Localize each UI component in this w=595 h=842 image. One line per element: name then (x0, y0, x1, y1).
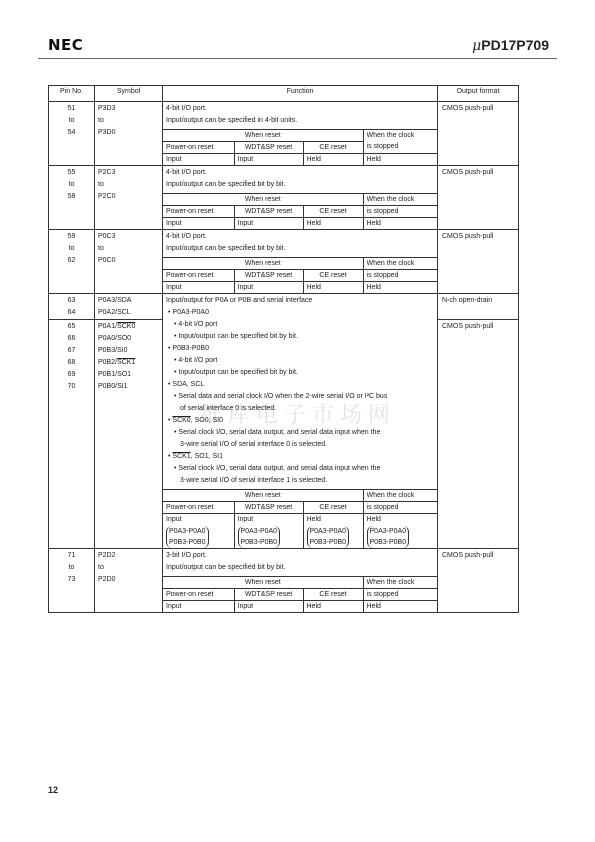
table-row: 6364 P0A3/SDAP0A2/SCL Input/output for P… (49, 294, 519, 320)
col-pin-no: Pin No. (49, 86, 95, 102)
pin-cell: 55to58 (49, 166, 95, 230)
page-number: 12 (48, 785, 58, 795)
output-format-cell: CMOS push-pull (438, 102, 519, 166)
pin-cell: 51to54 (49, 102, 95, 166)
output-format-cell: CMOS push-pull (438, 549, 519, 613)
function-cell: 4-bit I/O port.Input/output can be speci… (163, 102, 438, 166)
symbol-cell: P2C3toP2C0 (95, 166, 163, 230)
table-row: 55to58 P2C3toP2C0 4-bit I/O port.Input/o… (49, 166, 519, 230)
table-row: 51to54 P3D3toP3D0 4-bit I/O port.Input/o… (49, 102, 519, 166)
col-symbol: Symbol (95, 86, 163, 102)
function-cell: 4-bit I/O port.Input/output can be speci… (163, 166, 438, 230)
pin-cell: 656667 686970 (49, 320, 95, 549)
function-cell: 3-bit I/O port.Input/output can be speci… (163, 549, 438, 613)
reset-state-table: When resetWhen the clock Power-on resetW… (163, 576, 437, 612)
col-output-format: Output format (438, 86, 519, 102)
pin-function-table: Pin No. Symbol Function Output format 51… (48, 85, 519, 613)
function-cell: 4-bit I/O port.Input/output can be speci… (163, 230, 438, 294)
symbol-cell: P2D2toP2D0 (95, 549, 163, 613)
output-format-cell: CMOS push-pull (438, 230, 519, 294)
reset-state-table: When resetWhen the clock Power-on resetW… (163, 489, 437, 548)
table-row: 59to62 P0C3toP0C0 4-bit I/O port.Input/o… (49, 230, 519, 294)
mu-prefix: μ (472, 38, 481, 54)
output-format-cell: N-ch open-drain (438, 294, 519, 320)
reset-state-table: When resetWhen the clock Power-on resetW… (163, 257, 437, 293)
col-function: Function (163, 86, 438, 102)
symbol-cell: P0C3toP0C0 (95, 230, 163, 294)
reset-state-table: When resetWhen the clock Power-on resetW… (163, 193, 437, 229)
output-format-cell: CMOS push-pull (438, 166, 519, 230)
header-rule (38, 58, 557, 59)
nec-logo: NEC (48, 36, 83, 54)
table-header-row: Pin No. Symbol Function Output format (49, 86, 519, 102)
symbol-cell: P3D3toP3D0 (95, 102, 163, 166)
symbol-cell: P0A3/SDAP0A2/SCL (95, 294, 163, 320)
pin-cell: 71to73 (49, 549, 95, 613)
pin-cell: 6364 (49, 294, 95, 320)
document-title: μPD17P709 (472, 37, 549, 54)
table-row: 71to73 P2D2toP2D0 3-bit I/O port.Input/o… (49, 549, 519, 613)
function-cell: Input/output for P0A or P0B and serial i… (163, 294, 438, 549)
output-format-cell: CMOS push-pull (438, 320, 519, 549)
pin-cell: 59to62 (49, 230, 95, 294)
part-number: PD17P709 (481, 37, 549, 53)
symbol-cell: P0A1/SCK0 P0A0/SO0 P0B3/SI0 P0B2/SCK1 P0… (95, 320, 163, 549)
reset-state-table: When resetWhen the clockis stopped Power… (163, 129, 437, 165)
